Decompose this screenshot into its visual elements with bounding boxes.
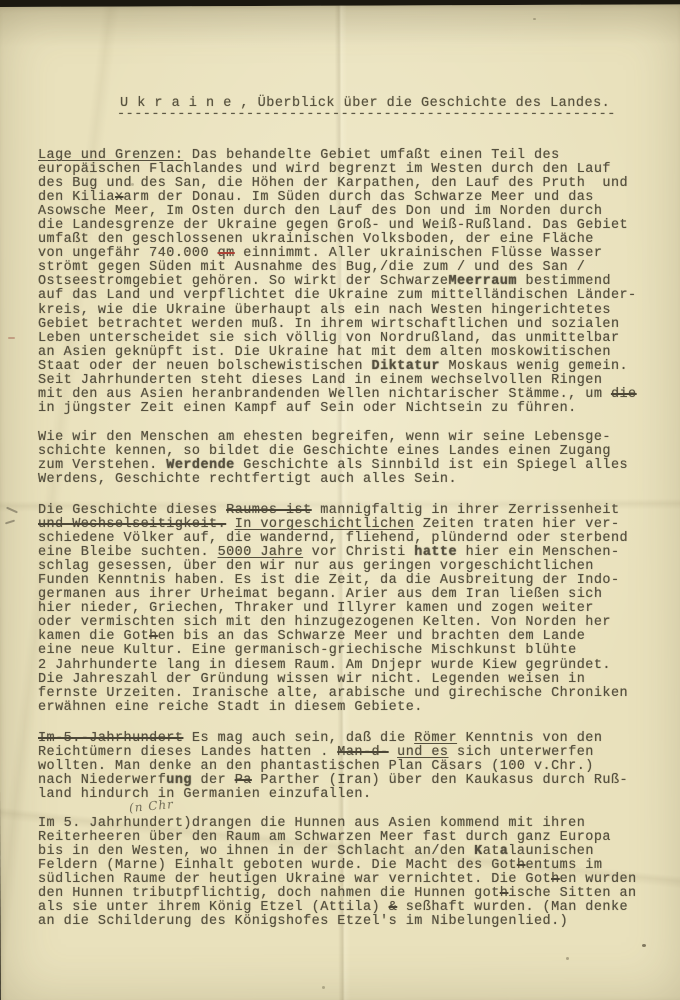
text-line: südlichen Raume der heutigen Ukraine war…: [38, 873, 658, 887]
paragraph-roemer: Im-5.-Jahrhundert Es mag auch sein, daß …: [38, 732, 658, 802]
text-segment-s: h: [551, 872, 560, 887]
text-segment-b: Diktatur: [372, 359, 440, 374]
text-segment-b: ung: [166, 773, 192, 788]
text-segment: Leben unterscheidet sie sich völlig von …: [38, 331, 620, 346]
text-line: Die Geschichte dieses Raumes ist mannigf…: [38, 504, 658, 518]
text-segment: launischen: [508, 844, 594, 859]
text-segment: germanen aus ihrer Urheimat begann. Arie…: [38, 587, 602, 602]
text-segment: land hindurch in Germanien einzufallen.: [38, 787, 372, 802]
text-line: an Asien geknüpft ist. Die Ukraine hat m…: [38, 346, 658, 360]
text-segment: Es mag auch sein, daß die: [183, 731, 414, 746]
text-segment: Werdens, Geschichte rechtfertigt auch al…: [38, 472, 457, 487]
paper-speck: [566, 957, 569, 960]
text-segment-s: Pa: [235, 773, 252, 788]
text-line: Reichtümern dieses Landes hatten . Man-d…: [38, 746, 658, 760]
text-segment: europäischen Flachlandes und wird begren…: [38, 162, 611, 177]
text-segment: die Landesgrenze der Ukraine gegen Groß-…: [38, 218, 628, 233]
text-segment: Asowsche Meer, Im Osten durch den Lauf d…: [38, 204, 602, 219]
text-segment: sich unterwerfen: [448, 745, 593, 760]
text-segment-s: die: [611, 387, 637, 402]
text-segment: als sie unter ihrem König Etzel (Attila): [38, 900, 389, 915]
text-line: Reiterheeren über den Raum am Schwarzen …: [38, 831, 658, 845]
text-segment: Moskaus wenig gemein.: [440, 359, 628, 374]
margin-pencil-mark: [5, 520, 15, 525]
text-segment: eine Bleibe suchten.: [38, 545, 218, 560]
text-segment: hier ein Menschen-: [457, 545, 619, 560]
text-segment: fernste Urzeiten. Iranische alte, arabis…: [38, 686, 628, 701]
text-line: Lage und Grenzen: Das behandelte Gebiet …: [38, 149, 658, 163]
text-segment: mannigfaltig in ihrer Zerrissenheit: [312, 503, 620, 518]
text-line: bis in den Westen, wo ihnen in der Schla…: [38, 845, 658, 859]
text-line: erwähnen eine reiche Stadt in diesem Geb…: [38, 701, 658, 715]
text-segment: Staat oder der neuen bolschewistischen: [38, 359, 372, 374]
text-line: als sie unter ihrem König Etzel (Attila)…: [38, 901, 658, 915]
text-line: wollten. Man denke an den phantastischen…: [38, 760, 658, 774]
text-segment-u: Lage und Grenzen:: [38, 148, 183, 163]
text-segment: Parther (Iran) über den Kaukasus durch R…: [252, 773, 628, 788]
text-segment: schlag gesessen, über den wir nur aus ge…: [38, 559, 594, 574]
text-segment: Geschichte als Sinnbild ist ein Spiegel …: [235, 458, 628, 473]
text-line: 2 Jahrhunderte lang in diesem Raum. Am D…: [38, 659, 658, 673]
text-line: oder vermischten sich mit den hinzugezog…: [38, 616, 658, 630]
text-segment: entums im: [525, 858, 602, 873]
paper-speck: [642, 944, 646, 947]
text-segment: 2 Jahrhunderte lang in diesem Raum. Am D…: [38, 658, 611, 673]
text-segment-b: Meerraum: [448, 274, 516, 289]
text-segment: mit den aus Asien heranbrandenden Wellen…: [38, 387, 611, 402]
text-line: nach Niederwerfung der Pa Parther (Iran)…: [38, 774, 658, 788]
text-segment: Funden Kenntnis haben. Es ist die Zeit, …: [38, 573, 620, 588]
title-underline-rule: ----------------------------------------…: [117, 107, 616, 122]
text-segment: eine neue Kultur. Eine germanisch-griech…: [38, 643, 577, 658]
text-line: und Wechselseitigkeit. In vorgeschichtli…: [38, 518, 658, 532]
text-segment: Kenntnis von den: [457, 731, 602, 746]
text-segment: an Asien geknüpft ist. Die Ukraine hat m…: [38, 345, 611, 360]
text-segment: Das behandelte Gebiet umfaßt einen Teil …: [183, 148, 559, 163]
text-line: germanen aus ihrer Urheimat begann. Arie…: [38, 588, 658, 602]
text-segment: arm der Donau. Im Süden durch das Schwar…: [124, 190, 594, 205]
text-segment-s: h: [149, 629, 158, 644]
handwritten-annotation: (n Chr: [128, 797, 174, 815]
text-segment-b: K: [474, 844, 483, 859]
text-segment: kreis, wie die Ukraine überhaupt als ein…: [38, 303, 611, 318]
text-line: von ungefähr 740.000 qm einnimmt. Aller …: [38, 247, 658, 261]
paragraph-lage-und-grenzen: Lage und Grenzen: Das behandelte Gebiet …: [38, 149, 658, 416]
text-segment: der: [192, 773, 235, 788]
text-segment: schichte kennen, so bildet die Geschicht…: [38, 444, 611, 459]
text-segment: [226, 517, 235, 532]
text-segment: vor Christi: [303, 545, 414, 560]
text-line: Asowsche Meer, Im Osten durch den Lauf d…: [38, 205, 658, 219]
margin-red-mark: [8, 337, 15, 339]
text-line: kamen die Gothen bis an das Schwarze Mee…: [38, 630, 658, 644]
text-segment-s: Raumes ist: [226, 503, 312, 518]
text-segment: Die Geschichte dieses: [38, 503, 226, 518]
text-line: Im-5.-Jahrhundert Es mag auch sein, daß …: [38, 732, 658, 746]
text-line: zum Verstehen. Werdende Geschichte als S…: [38, 459, 658, 473]
text-line: die Landesgrenze der Ukraine gegen Groß-…: [38, 219, 658, 233]
document-text-layer: U k r a i n e , Überblick über die Gesch…: [0, 0, 680, 1000]
paragraph-hunnen: Im 5. Jahrhundert)drangen die Hunnen aus…: [38, 817, 658, 929]
text-segment: schiedene Völker auf, die wandernd, flie…: [38, 531, 628, 546]
text-line: eine neue Kultur. Eine germanisch-griech…: [38, 644, 658, 658]
text-segment: Zeiten traten hier ver-: [414, 517, 619, 532]
text-segment: at: [483, 844, 500, 859]
text-segment: den Hunnen tributpflichtig, doch nahmen …: [38, 886, 500, 901]
text-line: den Kiliaxarm der Donau. Im Süden durch …: [38, 191, 658, 205]
text-line: schichte kennen, so bildet die Geschicht…: [38, 445, 658, 459]
text-segment: Gebiet betrachtet werden muß. In ihrem w…: [38, 317, 620, 332]
text-line: den Hunnen tributpflichtig, doch nahmen …: [38, 887, 658, 901]
text-segment-rs: qm: [218, 246, 235, 261]
text-line: Seit Jahrhunderten steht dieses Land in …: [38, 374, 658, 388]
text-segment: von ungefähr 740.000: [38, 246, 218, 261]
text-segment: Die Jahreszahl der Gründung wissen wir n…: [38, 672, 585, 687]
text-segment: Ostseestromgebiet gehören. So wirkt der …: [38, 274, 448, 289]
text-line: an die Schilderung des Königshofes Etzel…: [38, 915, 658, 929]
text-segment: Reiterheeren über den Raum am Schwarzen …: [38, 830, 611, 845]
text-segment: den Kilia: [38, 190, 115, 205]
text-line: Funden Kenntnis haben. Es ist die Zeit, …: [38, 574, 658, 588]
text-line: umfaßt den geschlossenen ukrainischen Vo…: [38, 233, 658, 247]
text-line: Leben unterscheidet sie sich völlig von …: [38, 332, 658, 346]
text-segment: ische Sitten an: [508, 886, 636, 901]
text-segment: in jüngster Zeit einen Kampf auf Sein od…: [38, 401, 577, 416]
text-segment: Feldern (Marne) Einhalt geboten wurde. D…: [38, 858, 517, 873]
margin-pencil-mark: [6, 507, 18, 514]
text-line: Werdens, Geschichte rechtfertigt auch al…: [38, 473, 658, 487]
text-segment-b: Werdende: [166, 458, 234, 473]
text-segment: einnimmt. Aller ukrainischen Flüsse Wass…: [235, 246, 603, 261]
text-line: fernste Urzeiten. Iranische alte, arabis…: [38, 687, 658, 701]
text-line: auf das Land und verpflichtet die Ukrain…: [38, 289, 658, 303]
text-segment-u: und es: [397, 745, 448, 760]
text-line: Wie wir den Menschen am ehesten begreife…: [38, 431, 658, 445]
text-segment-b: hatte: [414, 545, 457, 560]
text-segment: Reichtümern dieses Landes hatten .: [38, 745, 337, 760]
paper-speck: [322, 986, 325, 989]
text-segment: oder vermischten sich mit den hinzugezog…: [38, 615, 611, 630]
text-segment: umfaßt den geschlossenen ukrainischen Vo…: [38, 232, 594, 247]
paragraph-geschichte-zugang: Wie wir den Menschen am ehesten begreife…: [38, 431, 658, 487]
text-segment: en wurden: [560, 872, 637, 887]
text-line: mit den aus Asien heranbrandenden Wellen…: [38, 388, 658, 402]
text-segment-u: 5000 Jahre: [218, 545, 304, 560]
text-segment-s: Man-d-: [337, 745, 388, 760]
text-line: Im 5. Jahrhundert)drangen die Hunnen aus…: [38, 817, 658, 831]
text-line: Ostseestromgebiet gehören. So wirkt der …: [38, 275, 658, 289]
text-segment: en bis an das Schwarze Meer und brachten…: [158, 629, 586, 644]
paragraph-vorgeschichte: Die Geschichte dieses Raumes ist mannigf…: [38, 504, 658, 715]
text-segment: südlichen Raume der heutigen Ukraine war…: [38, 872, 551, 887]
text-segment: kamen die Got: [38, 629, 149, 644]
text-segment: wollten. Man denke an den phantastischen…: [38, 759, 594, 774]
text-line: kreis, wie die Ukraine überhaupt als ein…: [38, 304, 658, 318]
text-segment-s: und Wechselseitigkeit.: [38, 517, 226, 532]
text-line: Die Jahreszahl der Gründung wissen wir n…: [38, 673, 658, 687]
text-line: schlag gesessen, über den wir nur aus ge…: [38, 560, 658, 574]
text-line: in jüngster Zeit einen Kampf auf Sein od…: [38, 402, 658, 416]
text-segment-s: &: [389, 900, 398, 915]
text-segment: Wie wir den Menschen am ehesten begreife…: [38, 430, 611, 445]
paper-speck: [131, 183, 134, 186]
text-line: eine Bleibe suchten. 5000 Jahre vor Chri…: [38, 546, 658, 560]
paper-speck: [533, 18, 536, 20]
text-segment: seßhaft wurden. (Man denke: [397, 900, 628, 915]
text-segment-u: In vorgeschichtlichen: [235, 517, 415, 532]
text-line: europäischen Flachlandes und wird begren…: [38, 163, 658, 177]
text-segment-u: Römer: [414, 731, 457, 746]
text-segment-s: Im-5.-Jahrhundert: [38, 731, 183, 746]
text-segment: an die Schilderung des Königshofes Etzel…: [38, 914, 568, 929]
text-line: hier nieder, Griechen, Thraker und Illyr…: [38, 602, 658, 616]
text-segment: des Bug und des San, die Höhen der Karpa…: [38, 176, 628, 191]
text-segment: bis in den Westen, wo ihnen in der Schla…: [38, 844, 474, 859]
text-segment: Im 5. Jahrhundert)drangen die Hunnen aus…: [38, 816, 585, 831]
text-segment: [389, 745, 398, 760]
text-segment: auf das Land und verpflichtet die Ukrain…: [38, 288, 637, 303]
text-segment: Seit Jahrhunderten steht dieses Land in …: [38, 373, 602, 388]
text-segment: erwähnen eine reiche Stadt in diesem Geb…: [38, 700, 423, 715]
text-segment-s: x: [115, 190, 124, 205]
text-segment: bestimmend: [517, 274, 611, 289]
text-segment: hier nieder, Griechen, Thraker und Illyr…: [38, 601, 594, 616]
text-segment: nach Niederwerf: [38, 773, 166, 788]
text-line: Gebiet betrachtet werden muß. In ihrem w…: [38, 318, 658, 332]
text-segment: zum Verstehen.: [38, 458, 166, 473]
text-line: Staat oder der neuen bolschewistischen D…: [38, 360, 658, 374]
text-line: Feldern (Marne) Einhalt geboten wurde. D…: [38, 859, 658, 873]
